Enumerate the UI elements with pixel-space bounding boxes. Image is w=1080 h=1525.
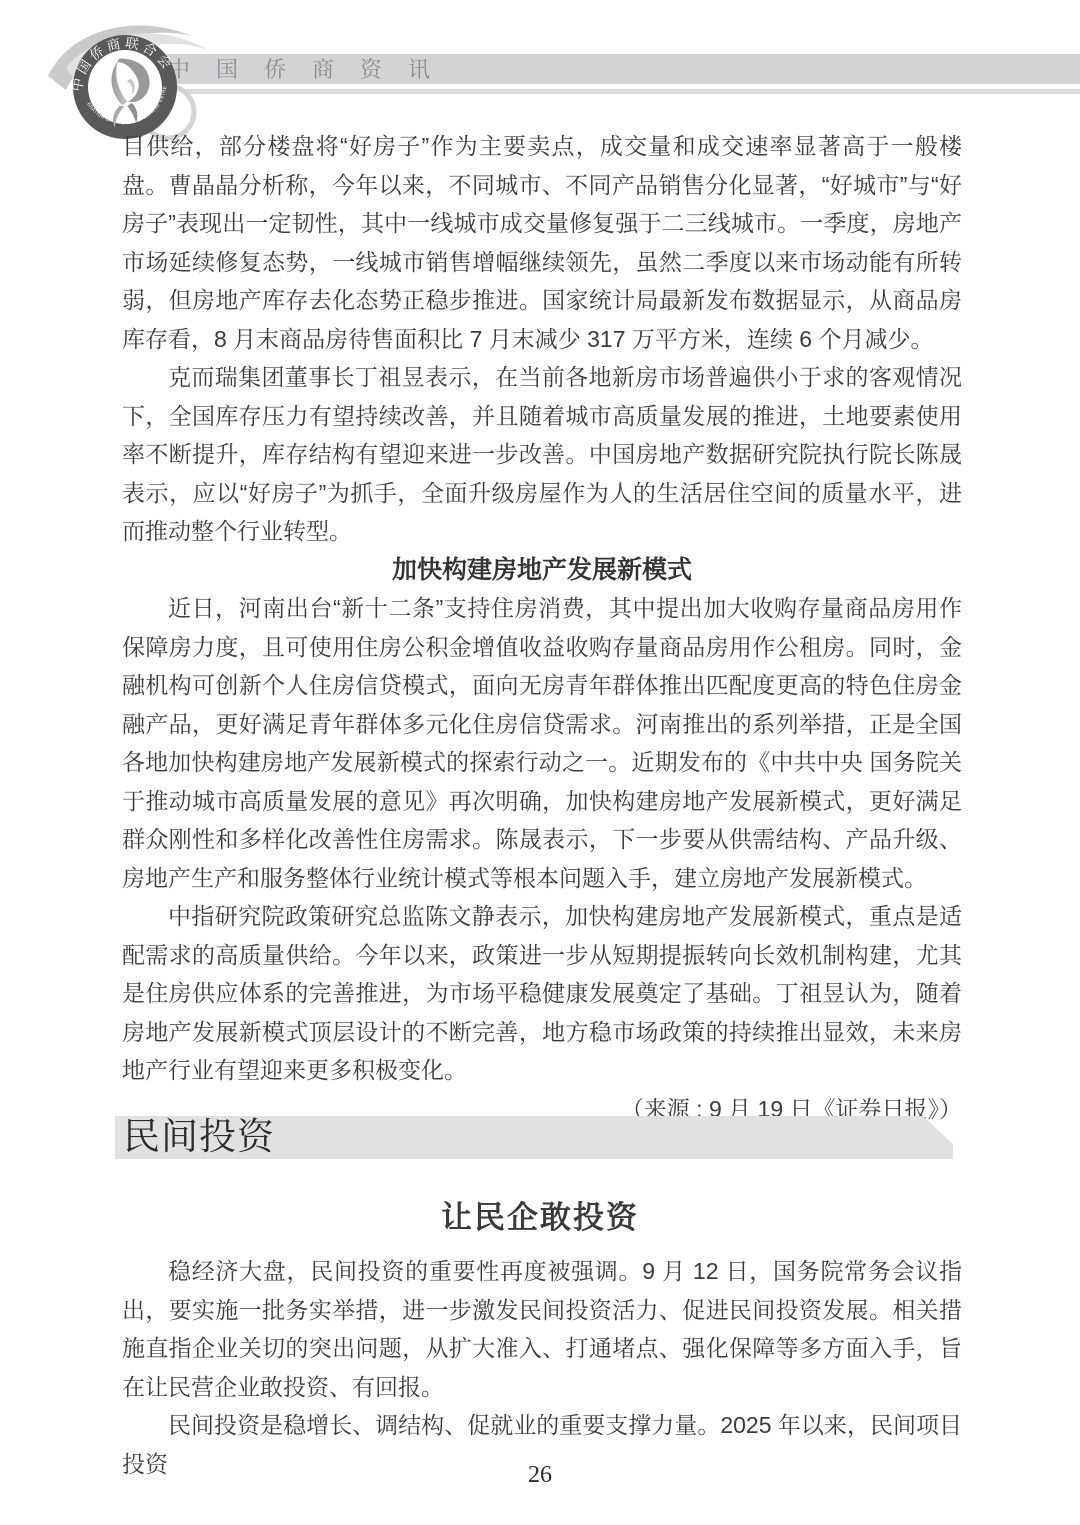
article2-paragraph1: 稳经济大盘，民间投资的重要性再度被强调。9 月 12 日，国务院常务会议指出，要… — [122, 1252, 962, 1406]
article1-body: 目供给，部分楼盘将“好房子”作为主要卖点，成交量和成交速率显著高于一般楼盘。曹晶… — [122, 127, 962, 1128]
article1-paragraph3: 近日，河南出台“新十二条”支持住房消费，其中提出加大收购存量商品房用作保障房力度… — [122, 589, 962, 897]
article1-paragraph4: 中指研究院政策研究总监陈文静表示，加快构建房地产发展新模式，重点是适配需求的高质… — [122, 897, 962, 1090]
article2-title: 让民企敢投资 — [0, 1192, 1080, 1237]
article1-subheading: 加快构建房地产发展新模式 — [122, 551, 962, 590]
section-banner-private-investment: 民间投资 — [115, 1116, 953, 1159]
header-band: 中国侨商资讯 — [132, 54, 1080, 84]
header-rule — [150, 89, 1080, 94]
page-number: 26 — [0, 1462, 1080, 1489]
article2-body: 稳经济大盘，民间投资的重要性再度被强调。9 月 12 日，国务院常务会议指出，要… — [122, 1252, 962, 1483]
section-banner-label: 民间投资 — [123, 1116, 275, 1159]
article1-paragraph-continued: 目供给，部分楼盘将“好房子”作为主要卖点，成交量和成交速率显著高于一般楼盘。曹晶… — [122, 127, 962, 358]
article1-paragraph2: 克而瑞集团董事长丁祖昱表示，在当前各地新房市场普遍供小于求的客观情况下，全国库存… — [122, 358, 962, 551]
